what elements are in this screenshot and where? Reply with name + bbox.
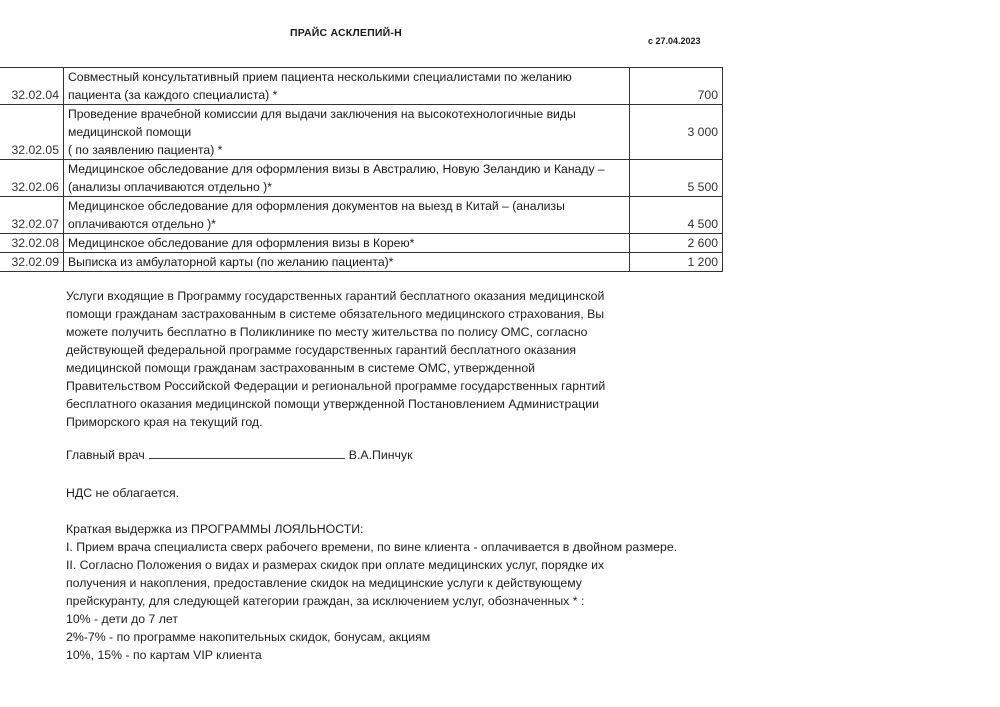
paragraph-line: действующей федеральной программе госуда… [66,341,636,359]
loyalty-line: II. Согласно Положения о видах и размера… [66,556,677,574]
service-price: 2 600 [630,234,723,253]
description-line: Медицинское обследование для оформления … [68,234,625,252]
description-line: (анализы оплачиваются отдельно )* [68,178,625,196]
loyalty-line: прейскуранту, для следующей категории гр… [66,592,677,610]
paragraph-line: Приморского края на текущий год. [66,413,636,431]
table-row: 32.02.09 Выписка из амбулаторной карты (… [0,253,723,272]
discount-item: 10% - дети до 7 лет [66,610,677,628]
service-description: Проведение врачебной комиссии для выдачи… [63,105,629,160]
paragraph-line: Правительством Российской Федерации и ре… [66,377,636,395]
service-code: 32.02.08 [0,234,63,253]
effective-date: с 27.04.2023 [648,36,701,46]
signatory-name: В.А.Пинчук [349,448,413,462]
description-line: ( по заявлению пациента) * [68,141,625,159]
description-line: Проведение врачебной комиссии для выдачи… [68,105,625,123]
paragraph-line: медицинской помощи гражданам застрахован… [66,359,636,377]
table-row: 32.02.08 Медицинское обследование для оф… [0,234,723,253]
loyalty-line: получения и накопления, предоставление с… [66,574,677,592]
service-price: 5 500 [630,160,723,197]
loyalty-program-section: Краткая выдержка из ПРОГРАММЫ ЛОЯЛЬНОСТИ… [66,520,677,664]
discount-item: 2%-7% - по программе накопительных скидо… [66,628,677,646]
service-description: Медицинское обследование для оформления … [63,160,629,197]
service-code: 32.02.06 [0,160,63,197]
service-description: Медицинское обследование для оформления … [63,197,629,234]
description-line: Медицинское обследование для оформления … [68,160,625,178]
document-title: ПРАЙС АСКЛЕПИЙ-Н [290,27,402,39]
table-row: 32.02.05 Проведение врачебной комиссии д… [0,105,723,160]
discount-item: 10%, 15% - по картам VIP клиента [66,646,677,664]
service-price: 4 500 [630,197,723,234]
oms-info-paragraph: Услуги входящие в Программу государствен… [66,287,636,431]
service-description: Совместный консультативный прием пациент… [63,68,629,105]
description-line: Выписка из амбулаторной карты (по желани… [68,253,625,271]
paragraph-line: можете получить бесплатно в Поликлинике … [66,323,636,341]
vat-note: НДС не облагается. [66,484,179,502]
paragraph-line: Услуги входящие в Программу государствен… [66,287,636,305]
signature-label: Главный врач [66,448,145,462]
signature-block: Главный врачВ.А.Пинчук [66,446,412,464]
service-price: 1 200 [630,253,723,272]
table-row: 32.02.06 Медицинское обследование для оф… [0,160,723,197]
service-code: 32.02.09 [0,253,63,272]
service-code: 32.02.07 [0,197,63,234]
description-line: пациента (за каждого специалиста) * [68,86,625,104]
loyalty-line: I. Прием врача специалиста сверх рабочег… [66,538,677,556]
service-code: 32.02.05 [0,105,63,160]
service-price: 3 000 [630,105,723,160]
service-description: Медицинское обследование для оформления … [63,234,629,253]
service-description: Выписка из амбулаторной карты (по желани… [63,253,629,272]
paragraph-line: бесплатного оказания медицинской помощи … [66,395,636,413]
description-line: оплачиваются отдельно )* [68,215,625,233]
description-line: Совместный консультативный прием пациент… [68,68,625,86]
paragraph-line: помощи гражданам застрахованным в систем… [66,305,636,323]
description-line: медицинской помощи [68,123,625,141]
service-code: 32.02.04 [0,68,63,105]
loyalty-heading: Краткая выдержка из ПРОГРАММЫ ЛОЯЛЬНОСТИ… [66,520,677,538]
description-line: Медицинское обследование для оформления … [68,197,625,215]
service-price: 700 [630,68,723,105]
signature-line [149,448,345,459]
table-row: 32.02.07 Медицинское обследование для оф… [0,197,723,234]
price-table: 32.02.04 Совместный консультативный прие… [0,67,723,272]
table-row: 32.02.04 Совместный консультативный прие… [0,68,723,105]
